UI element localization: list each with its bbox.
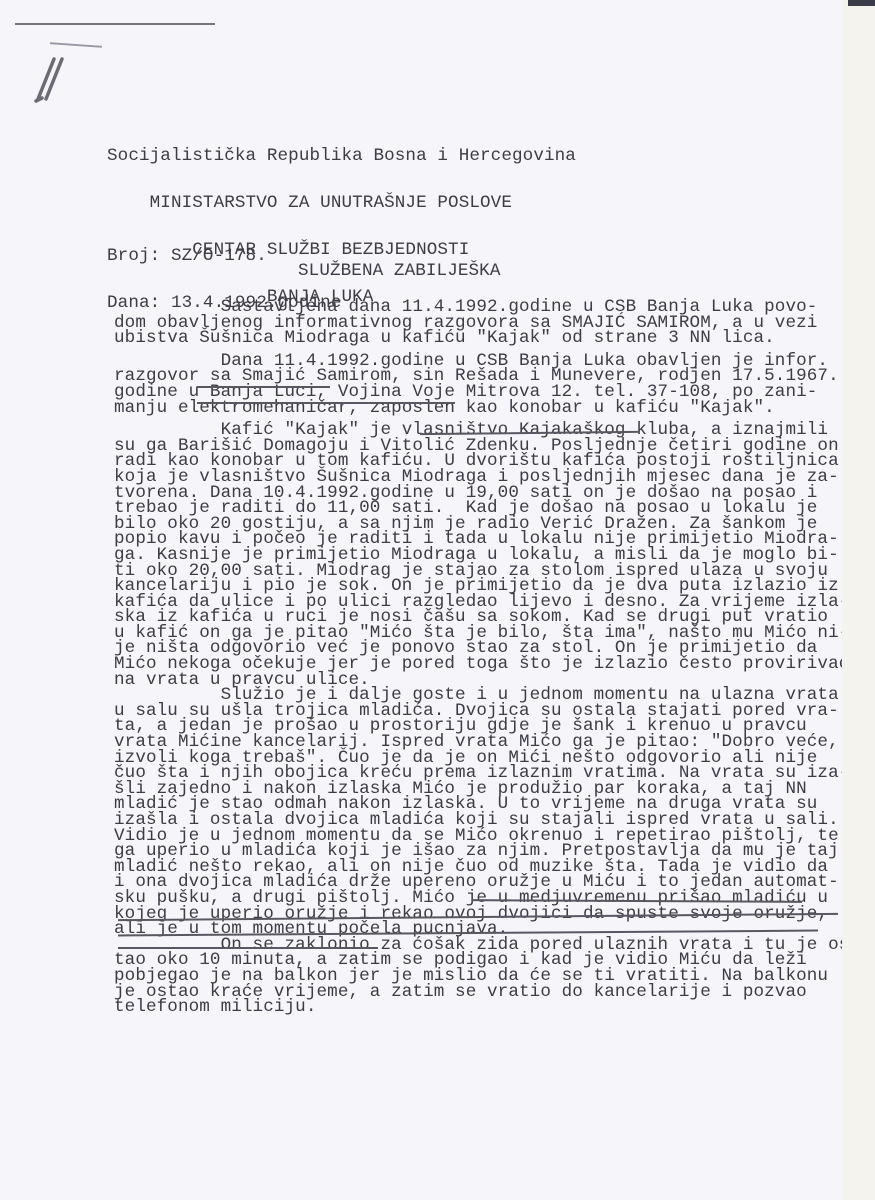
pen-stroke-mark [50, 42, 102, 48]
document-body: Sastavljena dana 11.4.1992.godine u CSB … [114, 300, 860, 1016]
pen-underline [197, 402, 455, 404]
roman-numeral-mark-icon [32, 55, 72, 105]
scan-edge-line [15, 23, 215, 25]
document-page: Socijalistička Republika Bosna i Hercego… [0, 0, 842, 1200]
body-line: telefonom miliciju. [114, 1000, 860, 1016]
letterhead-republic: Socijalistička Republika Bosna i Hercego… [107, 149, 576, 165]
pen-underline [197, 386, 330, 388]
body-line: ubistva Šušnica Miodraga u kafiću "Kajak… [114, 331, 860, 347]
pen-underline [118, 947, 378, 949]
scan-margin [842, 0, 875, 1200]
document-title: SLUŽBENA ZABILJEŠKA [298, 264, 501, 280]
scan-corner-shadow [848, 0, 875, 6]
letterhead-ministry: MINISTARSTVO ZA UNUTRAŠNJE POSLOVE [107, 196, 576, 212]
